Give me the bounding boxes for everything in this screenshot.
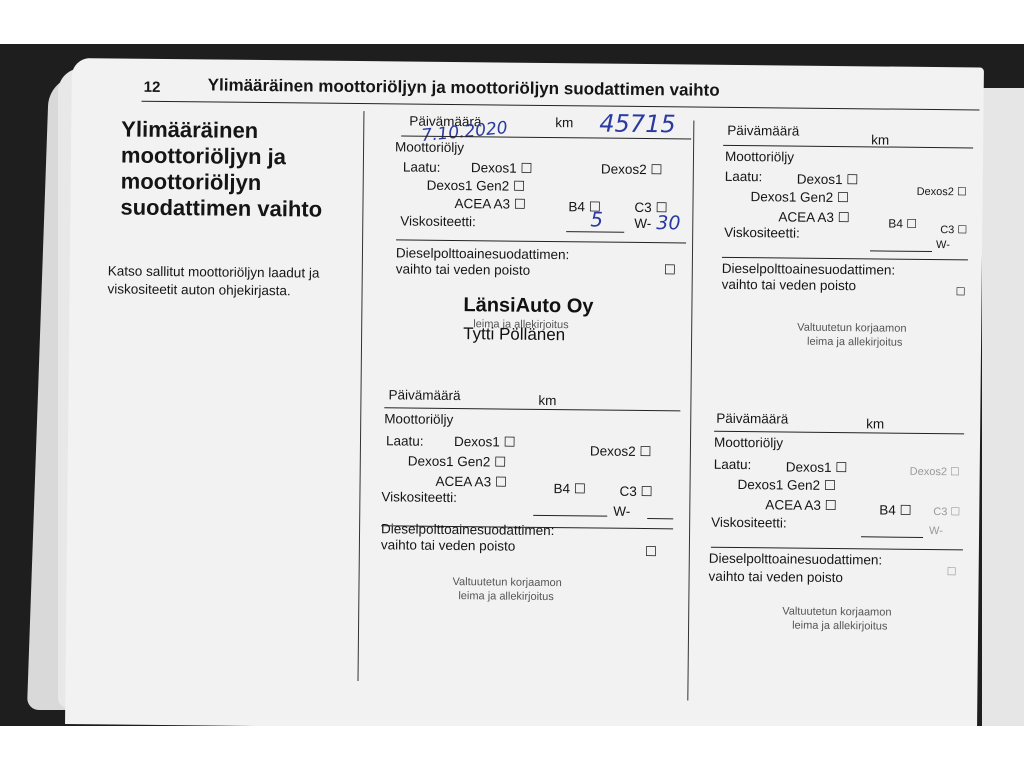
diesel-filter-checkbox[interactable]: ☐ bbox=[645, 544, 657, 560]
diesel-filter-label: Dieselpolttoainesuodattimen: bbox=[709, 551, 883, 568]
dexos2-option[interactable]: Dexos2 ☐ bbox=[917, 185, 967, 199]
dexos1-gen2-option[interactable]: Dexos1 Gen2 ☐ bbox=[737, 477, 836, 494]
stamp-caption: Valtuutetun korjaamon bbox=[797, 322, 906, 335]
option-label: ACEA A3 bbox=[765, 497, 821, 513]
checkbox[interactable]: ☐ bbox=[514, 197, 526, 212]
option-label: Dexos1 bbox=[454, 434, 500, 449]
diesel-filter-checkbox[interactable]: ☐ bbox=[956, 285, 966, 298]
field-line bbox=[711, 547, 963, 551]
field-line bbox=[566, 231, 624, 233]
checkbox[interactable]: ☐ bbox=[513, 179, 525, 194]
c3-option[interactable]: C3 ☐ bbox=[933, 505, 960, 518]
option-label: Dexos1 Gen2 bbox=[751, 189, 834, 205]
field-line bbox=[870, 250, 932, 252]
option-label: C3 bbox=[619, 484, 636, 499]
checkbox[interactable]: ☐ bbox=[906, 217, 917, 231]
engine-oil-label: Moottoriöljy bbox=[384, 411, 453, 427]
checkbox[interactable]: ☐ bbox=[520, 161, 532, 176]
km-label: km bbox=[538, 393, 556, 408]
diesel-filter-label: Dieselpolttoainesuodattimen: bbox=[381, 521, 555, 538]
field-line bbox=[396, 239, 686, 243]
stamp-caption: leima ja allekirjoitus bbox=[807, 336, 902, 349]
acea-a3-option[interactable]: ACEA A3 ☐ bbox=[454, 196, 526, 213]
viscosity-label: Viskositeetti: bbox=[400, 213, 476, 229]
checkbox[interactable]: ☐ bbox=[574, 481, 586, 496]
section-title: Ylimääräinen moottoriöljyn ja moottoriöl… bbox=[120, 117, 381, 224]
option-label: ACEA A3 bbox=[778, 209, 834, 225]
field-line bbox=[647, 518, 673, 519]
dexos1-option[interactable]: Dexos1 ☐ bbox=[797, 172, 859, 189]
handwritten-viscosity-cold[interactable]: 5 bbox=[590, 207, 603, 231]
c3-option[interactable]: C3 ☐ bbox=[619, 484, 652, 500]
option-label: ACEA A3 bbox=[454, 196, 510, 212]
date-label: Päivämäärä bbox=[388, 387, 460, 403]
option-label: Dexos1 bbox=[786, 459, 832, 474]
checkbox[interactable]: ☐ bbox=[495, 474, 507, 489]
diesel-filter-checkbox[interactable]: ☐ bbox=[664, 262, 676, 278]
option-label: B4 bbox=[879, 502, 896, 517]
option-label: Dexos1 bbox=[471, 160, 517, 175]
dexos2-option[interactable]: Dexos2 ☐ bbox=[590, 443, 652, 460]
checkbox[interactable]: ☐ bbox=[825, 498, 837, 513]
engine-oil-label: Moottoriöljy bbox=[714, 435, 783, 451]
stamp-caption: Valtuutetun korjaamon bbox=[452, 576, 561, 589]
dexos1-gen2-option[interactable]: Dexos1 Gen2 ☐ bbox=[427, 178, 526, 195]
option-label: Dexos1 Gen2 bbox=[427, 178, 510, 194]
page-number: 12 bbox=[144, 79, 161, 96]
option-label: ACEA A3 bbox=[436, 474, 492, 490]
diesel-filter-checkbox[interactable]: ☐ bbox=[947, 565, 957, 578]
dexos2-option[interactable]: Dexos2 ☐ bbox=[601, 162, 663, 179]
handwritten-km[interactable]: 45715 bbox=[599, 110, 676, 139]
service-entry-2: Päivämäärä km Moottoriöljy Laatu: Dexos1… bbox=[72, 58, 984, 68]
date-label: Päivämäärä bbox=[716, 411, 788, 427]
column-divider bbox=[687, 121, 694, 701]
checkbox[interactable]: ☐ bbox=[835, 460, 847, 475]
checkbox[interactable]: ☐ bbox=[824, 478, 836, 493]
c3-option[interactable]: C3 ☐ bbox=[940, 223, 967, 236]
km-label: km bbox=[871, 132, 889, 147]
service-entry-1: Päivämäärä km 7.10.2020 45715 Moottoriöl… bbox=[72, 58, 984, 68]
option-label: Dexos2 bbox=[601, 162, 647, 177]
quality-label: Laatu: bbox=[725, 169, 763, 184]
checkbox[interactable]: ☐ bbox=[503, 435, 515, 450]
next-page-edge bbox=[982, 88, 1024, 726]
stamp-caption: Valtuutetun korjaamon bbox=[782, 605, 891, 618]
checkbox[interactable]: ☐ bbox=[640, 484, 652, 499]
w-label: W- bbox=[613, 504, 630, 519]
viscosity-label: Viskositeetti: bbox=[711, 515, 787, 531]
field-line bbox=[714, 431, 964, 435]
diesel-filter-label-2: vaihto tai veden poisto bbox=[709, 569, 843, 585]
option-label: B4 bbox=[568, 199, 585, 214]
option-label: B4 bbox=[888, 217, 903, 231]
engine-oil-label: Moottoriöljy bbox=[725, 149, 794, 165]
w-label: W- bbox=[936, 239, 950, 251]
stamp-company: LänsiAuto Oy bbox=[463, 294, 593, 318]
viscosity-label: Viskositeetti: bbox=[724, 225, 800, 241]
stamp-person: Tytti Pöllänen bbox=[463, 324, 565, 345]
quality-label: Laatu: bbox=[714, 457, 752, 472]
engine-oil-label: Moottoriöljy bbox=[395, 139, 464, 155]
dexos1-gen2-option[interactable]: Dexos1 Gen2 ☐ bbox=[750, 189, 849, 206]
checkbox[interactable]: ☐ bbox=[950, 466, 960, 478]
diesel-filter-label-2: vaihto tai veden poisto bbox=[381, 537, 515, 553]
dexos1-option[interactable]: Dexos1 ☐ bbox=[786, 459, 848, 476]
option-label: B4 bbox=[553, 481, 570, 496]
checkbox[interactable]: ☐ bbox=[650, 162, 662, 177]
diesel-filter-label: Dieselpolttoainesuodattimen: bbox=[722, 261, 896, 278]
checkbox[interactable]: ☐ bbox=[837, 190, 849, 205]
handwritten-viscosity-hot[interactable]: 30 bbox=[656, 212, 680, 234]
acea-a3-option[interactable]: ACEA A3 ☐ bbox=[778, 209, 850, 226]
checkbox[interactable]: ☐ bbox=[957, 224, 967, 236]
diesel-filter-label-2: vaihto tai veden poisto bbox=[396, 261, 530, 277]
field-line bbox=[722, 257, 968, 261]
option-label: Dexos1 Gen2 bbox=[408, 454, 491, 470]
field-line bbox=[533, 515, 607, 517]
quality-label: Laatu: bbox=[386, 433, 424, 448]
service-entry-4: Päivämäärä km Moottoriöljy Laatu: Dexos1… bbox=[72, 58, 984, 68]
dexos2-option[interactable]: Dexos2 ☐ bbox=[910, 465, 960, 479]
checkbox[interactable]: ☐ bbox=[846, 172, 858, 187]
viscosity-label: Viskositeetti: bbox=[381, 489, 457, 505]
stamp-caption: leima ja allekirjoitus bbox=[458, 590, 553, 603]
b4-option[interactable]: B4 ☐ bbox=[553, 481, 586, 497]
checkbox[interactable]: ☐ bbox=[957, 186, 967, 198]
stamp-caption: leima ja allekirjoitus bbox=[792, 620, 887, 633]
acea-a3-option[interactable]: ACEA A3 ☐ bbox=[765, 497, 837, 514]
km-label: km bbox=[555, 115, 573, 130]
option-label: Dexos1 bbox=[797, 172, 843, 187]
dexos1-option[interactable]: Dexos1 ☐ bbox=[471, 160, 533, 177]
checkbox[interactable]: ☐ bbox=[494, 454, 506, 469]
intro-text: Katso sallitut moottoriöljyn laadut ja v… bbox=[107, 262, 367, 301]
diesel-filter-label-2: vaihto tai veden poisto bbox=[722, 277, 856, 293]
b4-option[interactable]: B4 ☐ bbox=[888, 217, 917, 231]
b4-option[interactable]: B4 ☐ bbox=[879, 502, 912, 518]
field-line bbox=[861, 536, 923, 538]
km-label: km bbox=[866, 416, 884, 431]
checkbox[interactable]: ☐ bbox=[900, 503, 912, 518]
service-book-page: 12 Ylimääräinen moottoriöljyn ja moottor… bbox=[65, 58, 984, 726]
date-label: Päivämäärä bbox=[727, 123, 799, 139]
photo-background: 12 Ylimääräinen moottoriöljyn ja moottor… bbox=[0, 44, 1024, 726]
option-label: C3 bbox=[634, 200, 651, 215]
checkbox[interactable]: ☐ bbox=[639, 444, 651, 459]
acea-a3-option[interactable]: ACEA A3 ☐ bbox=[435, 474, 507, 491]
w-label: W- bbox=[634, 216, 651, 231]
option-label: Dexos2 bbox=[910, 466, 947, 478]
option-label: Dexos2 bbox=[590, 443, 636, 458]
diesel-filter-label: Dieselpolttoainesuodattimen: bbox=[396, 245, 570, 262]
dexos1-gen2-option[interactable]: Dexos1 Gen2 ☐ bbox=[408, 454, 507, 471]
page-header-title: Ylimääräinen moottoriöljyn ja moottoriöl… bbox=[208, 75, 720, 100]
option-label: Dexos1 Gen2 bbox=[737, 477, 820, 493]
option-label: C3 bbox=[940, 224, 954, 236]
dexos1-option[interactable]: Dexos1 ☐ bbox=[454, 434, 516, 451]
checkbox[interactable]: ☐ bbox=[838, 210, 850, 225]
service-entry-3: Päivämäärä km Moottoriöljy Laatu: Dexos1… bbox=[72, 58, 984, 68]
option-label: Dexos2 bbox=[917, 186, 954, 198]
option-label: C3 bbox=[933, 506, 947, 518]
field-line bbox=[723, 145, 973, 149]
w-label: W- bbox=[929, 525, 943, 537]
quality-label: Laatu: bbox=[403, 159, 441, 174]
header-divider bbox=[142, 101, 980, 111]
checkbox[interactable]: ☐ bbox=[950, 506, 960, 518]
